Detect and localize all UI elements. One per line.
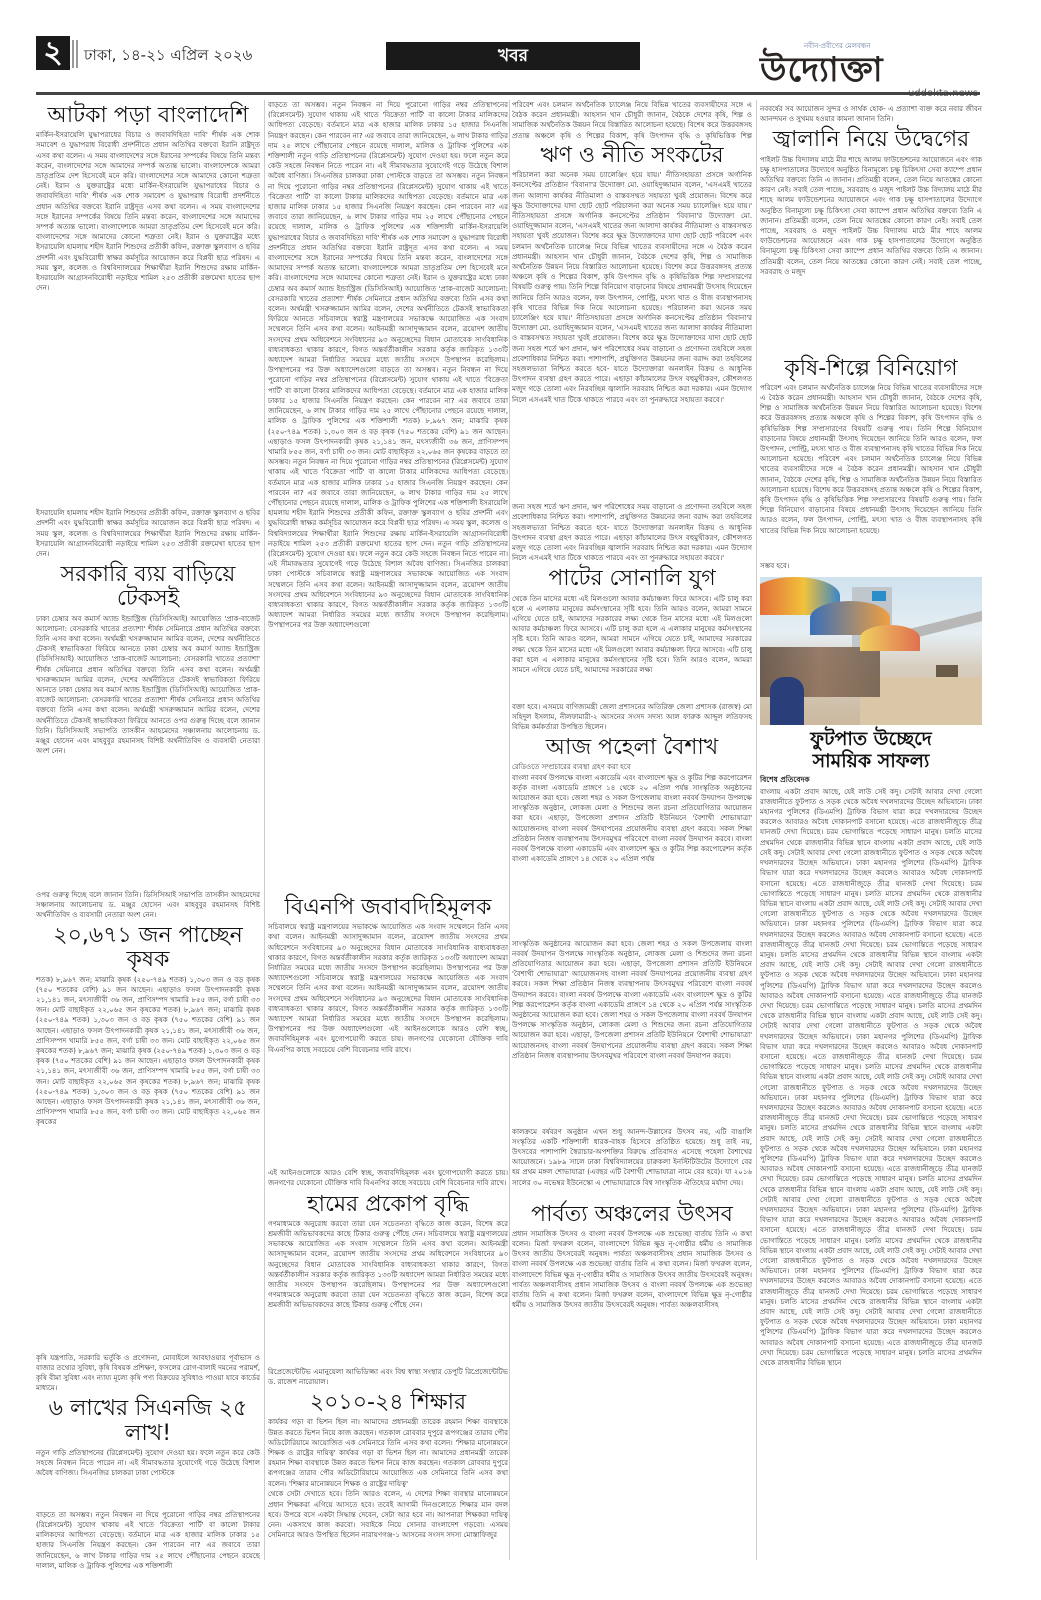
article-body-end: থেকে সেটা দেখাতে হবে। তিনি আরও বলেন, এ দ…: [268, 1489, 508, 1551]
headline[interactable]: আটকা পড়া বাংলাদেশি: [36, 104, 260, 128]
article-body: কার্যকর গড়া বা ভিশন ছিল না। আমাদের প্রধ…: [268, 1417, 508, 1489]
dateline: ঢাকা, ১৪-২১ এপ্রিল ২০২৬: [84, 44, 252, 69]
article-body: বাংলা নববর্ষ উপলক্ষে বাংলা একাডেমি এবং ব…: [512, 773, 752, 939]
article-body: পরিচালনা করা অনেক সময় চ্যালেঞ্জিং হয়ে …: [512, 170, 752, 502]
article-jalani: জ্বালানি নিয়ে উদ্বেগের পাইলট উচ্চ বিদ্য…: [760, 128, 982, 352]
article-body: সচিবালয়ে স্বরাষ্ট্র মন্ত্রণালয়ের সভাকক…: [268, 922, 508, 1168]
photo-sign: [872, 591, 886, 601]
article-body-end: রিপ্রেজেন্টেটিভ এমানুয়েলা আভিডিজ্জা এবং…: [268, 1367, 508, 1387]
column-4: নববর্ষের সব আয়োজন সুন্দর ও সার্থক হোক- …: [760, 100, 982, 1427]
headline[interactable]: ২০১০-২৪ শিক্ষার: [268, 1391, 508, 1415]
article-body-end: ইসরায়েলি হামলায় শহীদ ইরানি শিশুদের প্র…: [36, 508, 260, 559]
masthead: ২ ঢাকা, ১৪-২১ এপ্রিল ২০২৬ খবর নবীন-প্রবী…: [0, 0, 1041, 88]
newspaper-logo[interactable]: নবীন-প্রবীণের মেলবন্ধন উদ্যোক্তা uddokta…: [760, 40, 982, 99]
masthead-rule: [36, 92, 980, 95]
article-body-end: কৃষি যন্ত্রপাতি, সরকারি ভর্তুকি ও প্রণোদ…: [36, 1353, 260, 1394]
photo-cart: [936, 665, 958, 677]
article-body-continued: পরিবেশ এবং চলমান অর্থনৈতিক চ্যালেঞ্জ নিয…: [512, 100, 752, 140]
section-label: খবর: [386, 42, 640, 70]
headline[interactable]: ২০,৬৭১ জন পাচ্ছেন কৃষক: [36, 924, 260, 972]
article-parbotto: পার্বত্য অঞ্চলের উৎসব প্রধান সামাজিক উৎস…: [512, 1203, 752, 1389]
subheadline: রেডিওতে সম্প্রচারের ব্যবস্থা গ্রহণ করা হ…: [512, 762, 752, 772]
column-3: পরিবেশ এবং চলমান অর্থনৈতিক চ্যালেঞ্জ নিয…: [512, 100, 752, 1389]
headline[interactable]: ফুটপাত উচ্ছেদে সাময়িক সাফল্য: [760, 729, 982, 773]
article-body: ঢাকা চেম্বার অব কমার্স অ্যান্ড ইন্ডাস্ট্…: [36, 614, 260, 890]
column-divider: [264, 100, 265, 1560]
article-body: নতুন গাড়ি প্রতিস্থাপনের (রিপ্লেসমেন্ট) …: [36, 1448, 260, 1510]
headline[interactable]: কৃষি-শিল্পে বিনিয়োগ: [760, 357, 982, 381]
article-body-end: জন্য সহজ শর্তে ঋণ প্রদান, ঋণ পরিশোধের সম…: [512, 502, 752, 563]
headline-line-2: সাময়িক সাফল্য: [813, 750, 930, 772]
headline[interactable]: সরকারি ব্যয় বাড়িয়ে টেকসই: [36, 563, 260, 611]
article-body: প্রধান সামাজিক উৎসব ও বাংলা নববর্ষ উপলক্…: [512, 1229, 752, 1389]
photo-umbrella: [860, 625, 920, 651]
article-body: গণমাধ্যমকে অনুরোধ করবো তারা যেন সচেতনতা …: [268, 1219, 508, 1367]
column-divider: [756, 100, 757, 1560]
article-body-mid: সাংস্কৃতিক অনুষ্ঠানের আয়োজন করা হবে। জে…: [512, 939, 752, 1127]
headline[interactable]: আজ পহেলা বৈশাখ: [512, 736, 752, 760]
article-sorkari: সরকারি ব্যয় বাড়িয়ে টেকসই ঢাকা চেম্বার…: [36, 563, 260, 920]
article-body: বাড়তে তা অসম্ভব। নতুন নিবন্ধন না দিয়ে …: [268, 100, 508, 892]
column-divider: [509, 100, 510, 1560]
article-body-end: ওপর গুরুত্ব দিচ্ছে বলে জানান তিনি। ডিসিস…: [36, 890, 260, 921]
article-body: শতক) ৮,৯৬৭ জন; মাঝারি কৃষক (২৫০-৭৪৯ শতক)…: [36, 975, 260, 1353]
article-pat: পাটের সোনালি যুগ থেকে তিন মাসের মধ্যে এই…: [512, 567, 752, 732]
article-rin: ঋণ ও নীতি সংকটের পরিচালনা করা অনেক সময় …: [512, 144, 752, 563]
logo-wordmark: উদ্যোক্তা: [760, 52, 982, 88]
article-body-end: এই আইনগুলোকে আরও বেশি স্বচ্ছ, জবাবদিহিমূ…: [268, 1168, 508, 1188]
article-body-end: বাড়তে তা অসম্ভব। নতুন নিবন্ধন না দিয়ে …: [36, 1510, 260, 1582]
headline[interactable]: বিএনপি জবাবদিহিমূলক: [268, 896, 508, 920]
page-number-divider: [72, 40, 78, 68]
article-cng: ৬ লাখের সিএনজি ২৫ লাখ! নতুন গাড়ি প্রতিস…: [36, 1397, 260, 1581]
article-continued: বাড়তে তা অসম্ভব। নতুন নিবন্ধন না দিয়ে …: [268, 100, 508, 892]
headline[interactable]: হামের প্রকোপ বৃদ্ধি: [268, 1193, 508, 1217]
article-body: বাংলায় একটা প্রবাদ আছে, যেই লাউ সেই কদু…: [760, 787, 982, 1427]
article-krishi-shilpo: কৃষি-শিল্পে বিনিয়োগ পরিবেশ এবং চলমান অর…: [760, 357, 982, 571]
headline[interactable]: ৬ লাখের সিএনজি ২৫ লাখ!: [36, 1397, 260, 1445]
article-shikkha: ২০১০-২৪ শিক্ষার কার্যকর গড়া বা ভিশন ছিল…: [268, 1391, 508, 1551]
article-ham: হামের প্রকোপ বৃদ্ধি গণমাধ্যমকে অনুরোধ কর…: [268, 1193, 508, 1388]
article-body-end: বক্তা হবে। এসময়ে বাণিজ্যমন্ত্রী জেলা প্…: [512, 702, 752, 733]
article-boishakh: আজ পহেলা বৈশাখ রেডিওতে সম্প্রচারের ব্যবস…: [512, 736, 752, 1198]
article-body: মার্কিন-ইসরায়েলি যুদ্ধাপরাধের বিচার ও জ…: [36, 130, 260, 508]
article-body: থেকে তিন মাসের মধ্যে এই মিলগুলো আবার কর্…: [512, 594, 752, 702]
article-body: পরিবেশ এবং চলমান অর্থনৈতিক চ্যালেঞ্জ নিয…: [760, 383, 982, 561]
article-futpath: ফুটপাত উচ্ছেদে সাময়িক সাফল্য বিশেষ প্রত…: [760, 729, 982, 1427]
article-body-end: কালক্রমে বর্ষবরণ অনুষ্ঠান এখন শুধু আনন্দ…: [512, 1127, 752, 1199]
column-1: আটকা পড়া বাংলাদেশি মার্কিন-ইসরায়েলি যু…: [36, 100, 260, 1582]
column-2: বাড়তে তা অসম্ভব। নতুন নিবন্ধন না দিয়ে …: [268, 100, 508, 1551]
page-number: ২: [36, 36, 70, 70]
headline[interactable]: পার্বত্য অঞ্চলের উৎসব: [512, 1203, 752, 1227]
footpath-market-photo[interactable]: [760, 577, 982, 725]
headline[interactable]: ঋণ ও নীতি সংকটের: [512, 144, 752, 168]
headline[interactable]: পাটের সোনালি যুগ: [512, 567, 752, 591]
headline-line-1: ফুটপাত উচ্ছেদে: [810, 728, 932, 750]
article-body-end: সম্ভব হবে।: [760, 561, 982, 571]
photo-person: [770, 677, 804, 725]
headline[interactable]: জ্বালানি নিয়ে উদ্বেগের: [760, 128, 982, 152]
article-bnp: বিএনপি জবাবদিহিমূলক সচিবালয়ে স্বরাষ্ট্র…: [268, 896, 508, 1189]
article-atka: আটকা পড়া বাংলাদেশি মার্কিন-ইসরায়েলি যু…: [36, 104, 260, 559]
article-body: পাইলট উচ্চ বিদ্যালয় মাঠে মীর শাহে আলম ফ…: [760, 155, 982, 353]
article-body-continued: নববর্ষের সব আয়োজন সুন্দর ও সার্থক হোক- …: [760, 104, 982, 124]
article-krishok: ২০,৬৭১ জন পাচ্ছেন কৃষক শতক) ৮,৯৬৭ জন; মা…: [36, 924, 260, 1393]
byline: বিশেষ প্রতিবেদক: [760, 775, 982, 787]
